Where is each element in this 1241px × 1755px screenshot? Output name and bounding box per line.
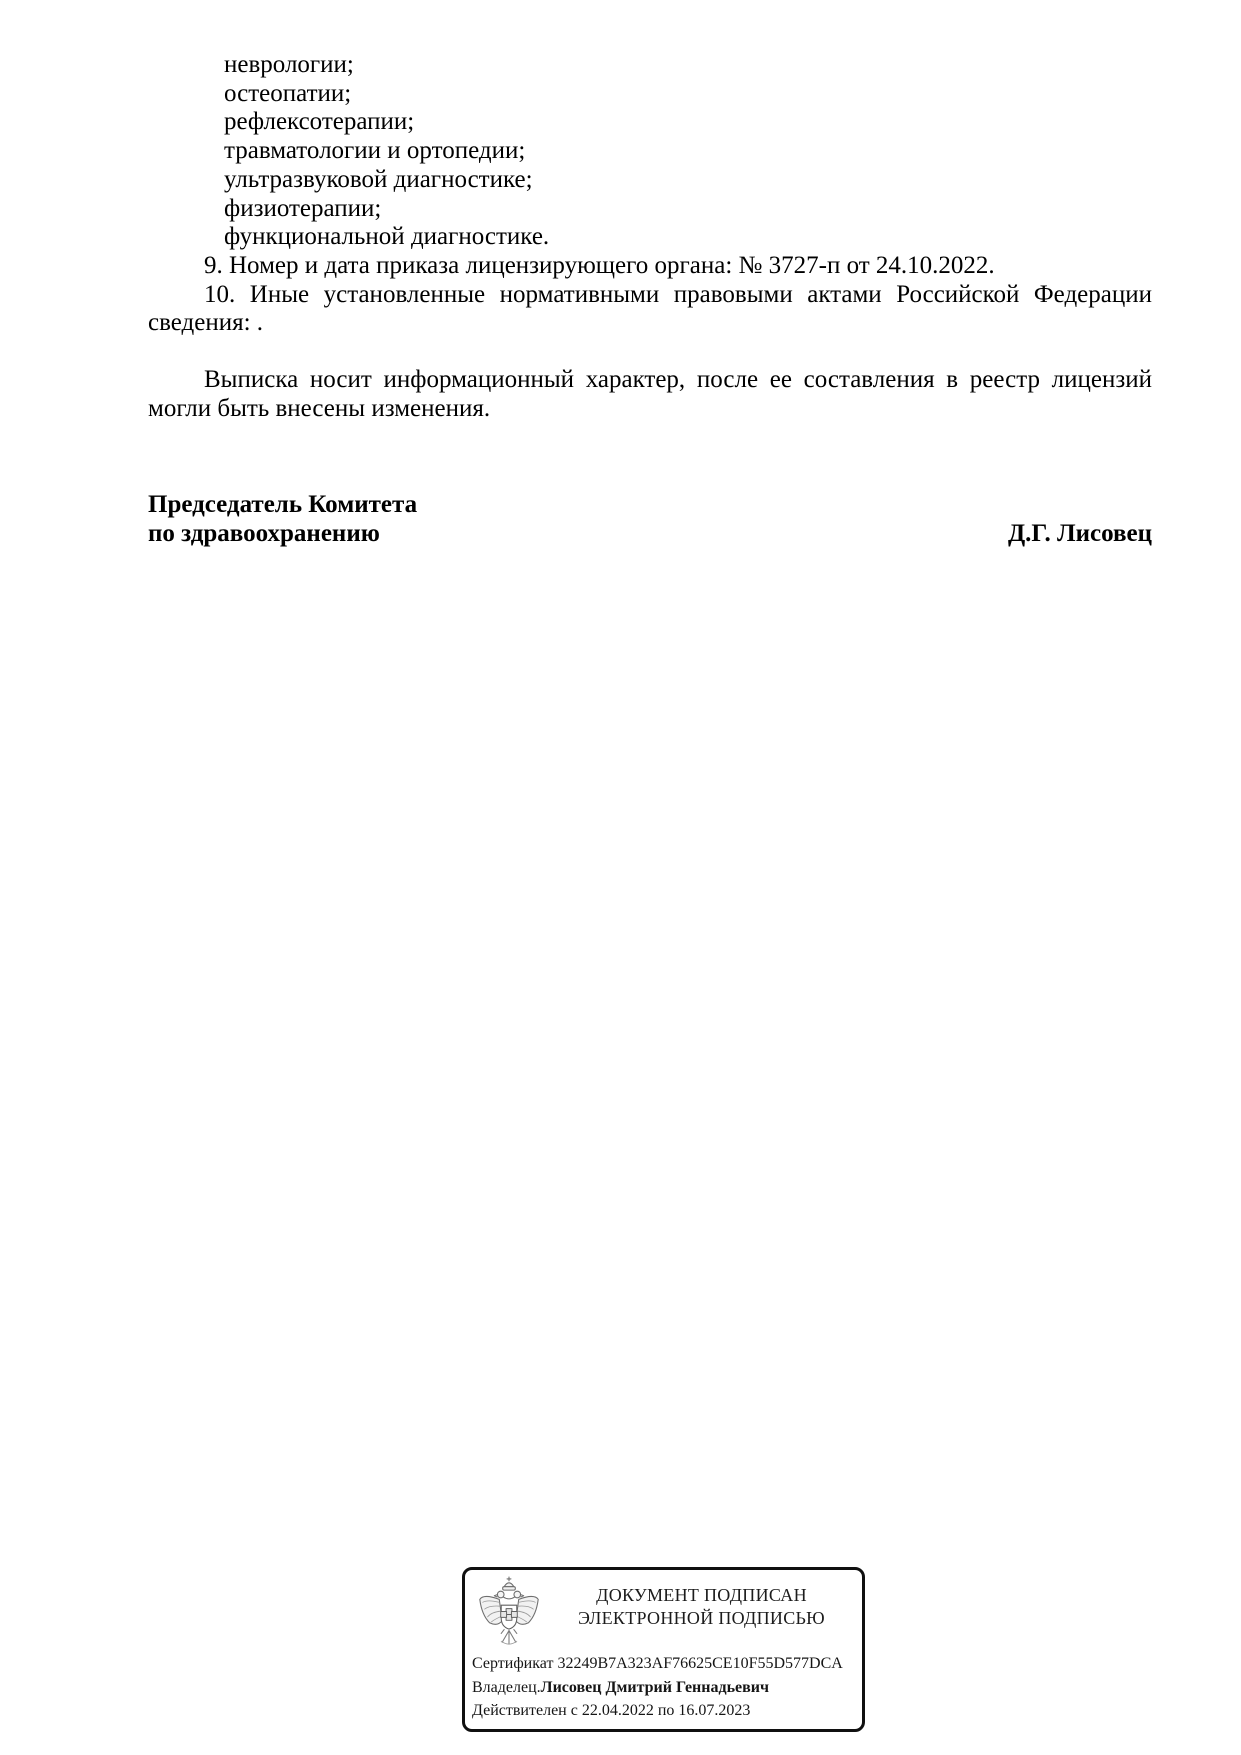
electronic-signature-stamp: ДОКУМЕНТ ПОДПИСАН ЭЛЕКТРОННОЙ ПОДПИСЬЮ С… xyxy=(462,1567,865,1732)
list-item: физиотерапии; xyxy=(224,195,1152,224)
list-item: остеопатии; xyxy=(224,80,1152,109)
clause-10-line-1: 10. Иные установленные нормативными прав… xyxy=(148,281,1152,310)
stamp-header-line-1: ДОКУМЕНТ ПОДПИСАН xyxy=(541,1584,862,1607)
extract-note-line-2: могли быть внесены изменения. xyxy=(148,395,1152,424)
certificate-value: 32249B7A323AF76625CE10F55D577DCA xyxy=(557,1655,842,1672)
extract-note-line-1: Выписка носит информационный характер, п… xyxy=(148,366,1152,395)
list-item: функциональной диагностике. xyxy=(224,223,1152,252)
stamp-owner-line: Владелец.Лисовец Дмитрий Геннадьевич xyxy=(472,1676,862,1700)
clause-10-line-2: сведения: . xyxy=(148,309,1152,338)
list-item: ультразвуковой диагностике; xyxy=(224,166,1152,195)
extract-note: Выписка носит информационный характер, п… xyxy=(148,366,1152,423)
list-item: неврологии; xyxy=(224,51,1152,80)
stamp-certificate-line: Сертификат 32249B7A323AF76625CE10F55D577… xyxy=(472,1652,862,1676)
signer-name: Д.Г. Лисовец xyxy=(1008,520,1152,549)
list-item: травматологии и ортопедии; xyxy=(224,137,1152,166)
stamp-validity-line: Действителен с 22.04.2022 по 16.07.2023 xyxy=(472,1699,862,1723)
clause-9: 9. Номер и дата приказа лицензирующего о… xyxy=(148,252,1152,281)
specialties-list: неврологии; остеопатии; рефлексотерапии;… xyxy=(148,51,1152,252)
stamp-header: ДОКУМЕНТ ПОДПИСАН ЭЛЕКТРОННОЙ ПОДПИСЬЮ xyxy=(541,1584,862,1630)
roszdravnadzor-double-eagle-icon xyxy=(477,1576,541,1655)
stamp-header-line-2: ЭЛЕКТРОННОЙ ПОДПИСЬЮ xyxy=(541,1607,862,1630)
certificate-label: Сертификат xyxy=(472,1655,553,1672)
signer-title-line-1: Председатель Комитета xyxy=(148,491,1152,520)
signer-title-line-2: по здравоохранению xyxy=(148,520,380,549)
document-body: неврологии; остеопатии; рефлексотерапии;… xyxy=(148,51,1152,549)
list-item: рефлексотерапии; xyxy=(224,108,1152,137)
owner-name: Лисовец Дмитрий Геннадьевич xyxy=(541,1679,769,1696)
signature-block: Председатель Комитета по здравоохранению… xyxy=(148,491,1152,548)
clause-10: 10. Иные установленные нормативными прав… xyxy=(148,281,1152,338)
owner-label: Владелец. xyxy=(472,1679,541,1696)
